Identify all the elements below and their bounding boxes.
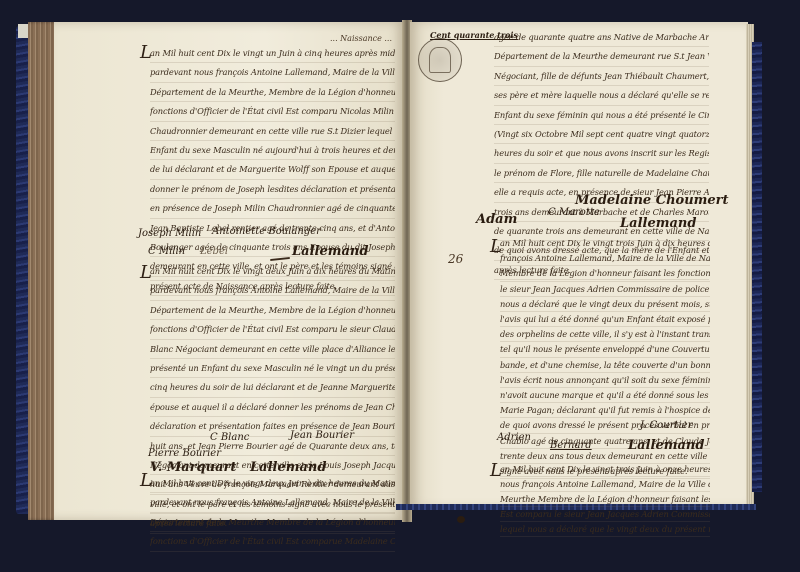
text-line: ses père et mère laquelle nous a déclaré… [494, 86, 709, 105]
text-line: Membre de la Légion d'honneur faisant le… [500, 266, 710, 281]
text-line: fonctions d'Officier de l'État civil Est… [150, 320, 395, 339]
signature-mayor: Lallemand [250, 460, 326, 475]
left-act-3: an Mil huit cent Dix le vingt deux Juin … [150, 474, 395, 552]
signature: J. Courtier [640, 420, 692, 431]
signature: C Marotte [548, 207, 600, 218]
text-line: présenté un Enfant du sexe Masculin né l… [150, 359, 395, 378]
text-line: cinq heures du soir de lui déclarant et … [150, 378, 395, 397]
ink-blot [457, 516, 465, 523]
text-line: donner le prénom de Joseph lesdites décl… [150, 180, 395, 199]
text-line: Meurthe Membre de la Légion d'honneur fa… [500, 492, 710, 507]
signature: V. Marquart [150, 460, 236, 475]
text-line: pardevant nous françois Antoine Lalleman… [150, 493, 395, 512]
text-line: bande, et d'une chemise, la tête couvert… [500, 358, 710, 373]
signature: C Blanc [210, 432, 249, 443]
text-line: l'avis écrit nous annonçant qu'il soit d… [500, 373, 710, 388]
text-line: fonctions d'Officier de l'État civil Est… [150, 102, 395, 121]
signature: Jean Bourier [290, 430, 354, 441]
signature-mayor: Lallemand [292, 244, 368, 259]
signature: Adrien [497, 432, 531, 443]
text-line: déclaration et présentation faites en pr… [150, 417, 395, 436]
text-line: fonctions d'Officier de l'État civil Est… [150, 532, 395, 551]
text-line: tel qu'il nous le présente enveloppé d'u… [500, 342, 710, 357]
text-line: Est comparu le sieur Jean Jacques Adrien… [500, 507, 710, 522]
signature-mayor: Lallemand [620, 216, 696, 231]
signature: Antoinette Boulanger [212, 226, 321, 237]
text-line: pardevant nous françois Antoine Lalleman… [150, 63, 395, 82]
text-line: Blanc Négociant demeurant en cette ville… [150, 340, 395, 359]
text-line: Département de la Meurthe demeurant rue … [494, 47, 709, 66]
text-line: Département de la Meurthe Membre de la L… [150, 513, 395, 532]
text-line: nous françois Antoine Lallemand, Maire d… [500, 477, 710, 492]
seal-stamp-icon [418, 38, 462, 82]
text-line: an Mil huit cent Dix le vingt trois Juin… [500, 462, 710, 477]
signature: Joseph Milin [138, 228, 201, 239]
header-note: ... Naissance ... [330, 34, 392, 43]
text-line: heures du soir et que nous avons inscrit… [494, 144, 709, 163]
signature: Bernard [550, 440, 592, 451]
signature: C Milin [148, 246, 185, 257]
text-line: Négociant, fille de défunts Jean Thiébau… [494, 67, 709, 86]
text-line: l'avis qui lui a été donné qu'un Enfant … [500, 312, 710, 327]
text-line: des orphelins de cette ville, il s'y est… [500, 327, 710, 342]
text-line: agée de quarante quatre ans Native de Ma… [494, 28, 709, 47]
signature: Pierre Bourier [148, 448, 221, 459]
text-line: le sieur Jean Jacques Adrien Commissaire… [500, 282, 710, 297]
text-line: an Mil huit cent Dix le vingt deux Juin … [150, 474, 395, 493]
signature: Madelaine Choumert [575, 193, 729, 208]
text-line: n'avoit aucune marque et qu'il a été don… [500, 388, 710, 403]
text-line: Département de la Meurthe, Membre de la … [150, 301, 395, 320]
signature: Lebel [200, 246, 228, 257]
text-line: françois Antoine Lallemand, Maire de la … [500, 251, 710, 266]
text-line: Département de la Meurthe, Membre de la … [150, 83, 395, 102]
text-line: an Mil huit cent Dix le vingt deux Juin … [150, 262, 395, 281]
text-line: an Mil huit cent Dix le vingt un Juin à … [150, 44, 395, 63]
right-act-3: an Mil huit cent Dix le vingt trois Juin… [500, 462, 710, 537]
text-line: de lui déclarant et de Marguerite Wolff … [150, 160, 395, 179]
text-line: Enfant du sexe Masculin né aujourd'hui à… [150, 141, 395, 160]
text-line: Chaudronnier demeurant en cette ville ru… [150, 122, 395, 141]
signature-mayor: Lallemand [628, 438, 704, 453]
signature: Adam [476, 212, 517, 227]
margin-act-number: 26 [448, 252, 463, 266]
text-line: (Vingt six Octobre Mil sept cent quatre … [494, 125, 709, 144]
text-line: pardevant nous françois Antoine Lalleman… [150, 281, 395, 300]
text-line: en présence de Joseph Milin Chaudronnier… [150, 199, 395, 218]
book-cover-right [752, 42, 762, 492]
text-line: Enfant du sexe féminin qui nous a été pr… [494, 106, 709, 125]
text-line: lequel nous a déclaré que le vingt deux … [500, 522, 710, 537]
text-line: Marie Pagan; déclarant qu'il fut remis à… [500, 403, 710, 418]
text-line: le prénom de Flore, fille naturelle de M… [494, 164, 709, 183]
text-line: an Mil huit cent Dix le vingt trois Juin… [500, 236, 710, 251]
text-line: nous a déclaré que le vingt deux du prés… [500, 297, 710, 312]
text-line: épouse et auquel il a déclaré donner les… [150, 398, 395, 417]
